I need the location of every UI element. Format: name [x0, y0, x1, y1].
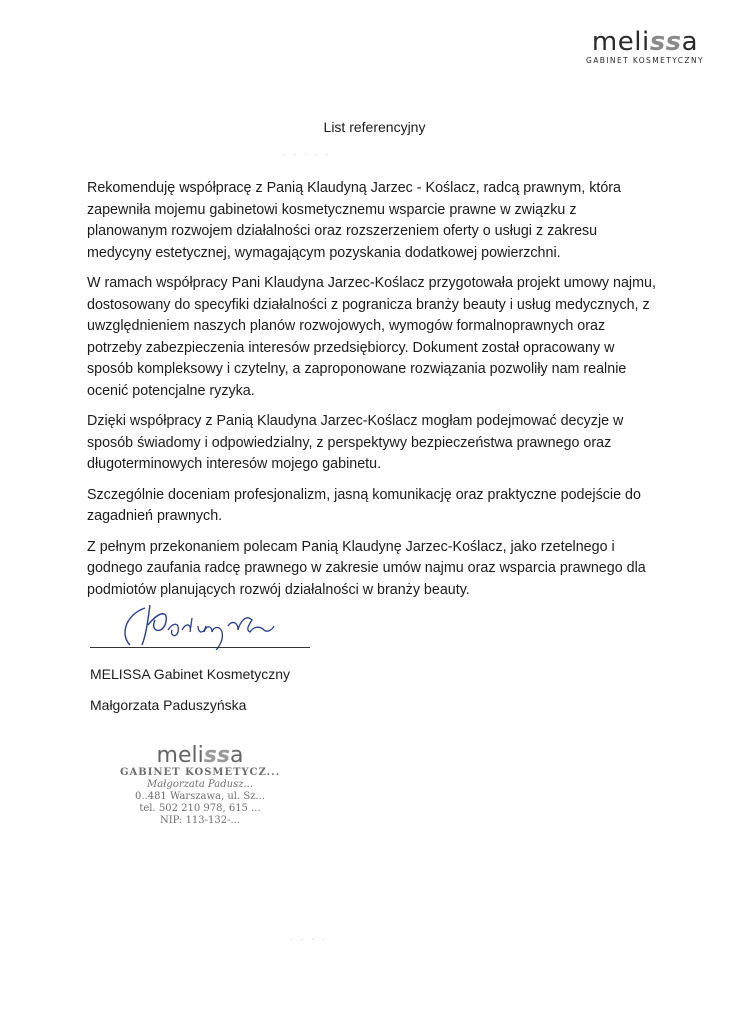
signer-company: MELISSA Gabinet Kosmetyczny	[90, 666, 290, 682]
stamp-line-nip: NIP: 113-132-...	[95, 815, 305, 827]
stamp-line-phone: tel. 502 210 978, 615 ...	[95, 803, 305, 815]
stamp-logo-prefix: meli	[157, 743, 204, 768]
logo-wordmark: melissa	[585, 28, 705, 56]
paragraph: W ramach współpracy Pani Klaudyna Jarzec…	[87, 273, 657, 402]
company-stamp: melissa GABINET KOSMETYCZ... Małgorzata …	[95, 745, 305, 827]
scan-artifact: ·····	[283, 150, 336, 159]
paragraph: Dzięki współpracy z Panią Klaudyna Jarze…	[87, 411, 657, 476]
paragraph: Szczególnie doceniam profesjonalizm, jas…	[87, 485, 657, 528]
letter-body: Rekomenduję współpracę z Panią Klaudyną …	[87, 178, 657, 610]
logo-ss-mark: ss	[650, 27, 682, 57]
stamp-line-address: 0..481 Warszawa, ul. Sz...	[95, 791, 305, 803]
stamp-logo: melissa	[95, 745, 305, 767]
paragraph: Rekomenduję współpracę z Panią Klaudyną …	[87, 178, 657, 264]
company-logo: melissa GABINET KOSMETYCZNY	[585, 28, 705, 65]
signer-name: Małgorzata Paduszyńska	[90, 697, 246, 713]
signature-line	[90, 647, 310, 648]
document-title: List referencyjny	[0, 119, 749, 135]
scan-artifact: ····	[290, 935, 333, 944]
logo-suffix: a	[682, 27, 698, 57]
stamp-line-company: GABINET KOSMETYCZ...	[95, 767, 305, 779]
stamp-logo-ss: ss	[204, 743, 230, 768]
paragraph: Z pełnym przekonaniem polecam Panią Klau…	[87, 537, 657, 602]
logo-prefix: meli	[592, 27, 650, 57]
handwritten-signature	[90, 600, 330, 650]
stamp-line-owner: Małgorzata Padusz...	[95, 779, 305, 791]
stamp-logo-suffix: a	[230, 743, 243, 768]
logo-subtitle: GABINET KOSMETYCZNY	[585, 56, 705, 65]
